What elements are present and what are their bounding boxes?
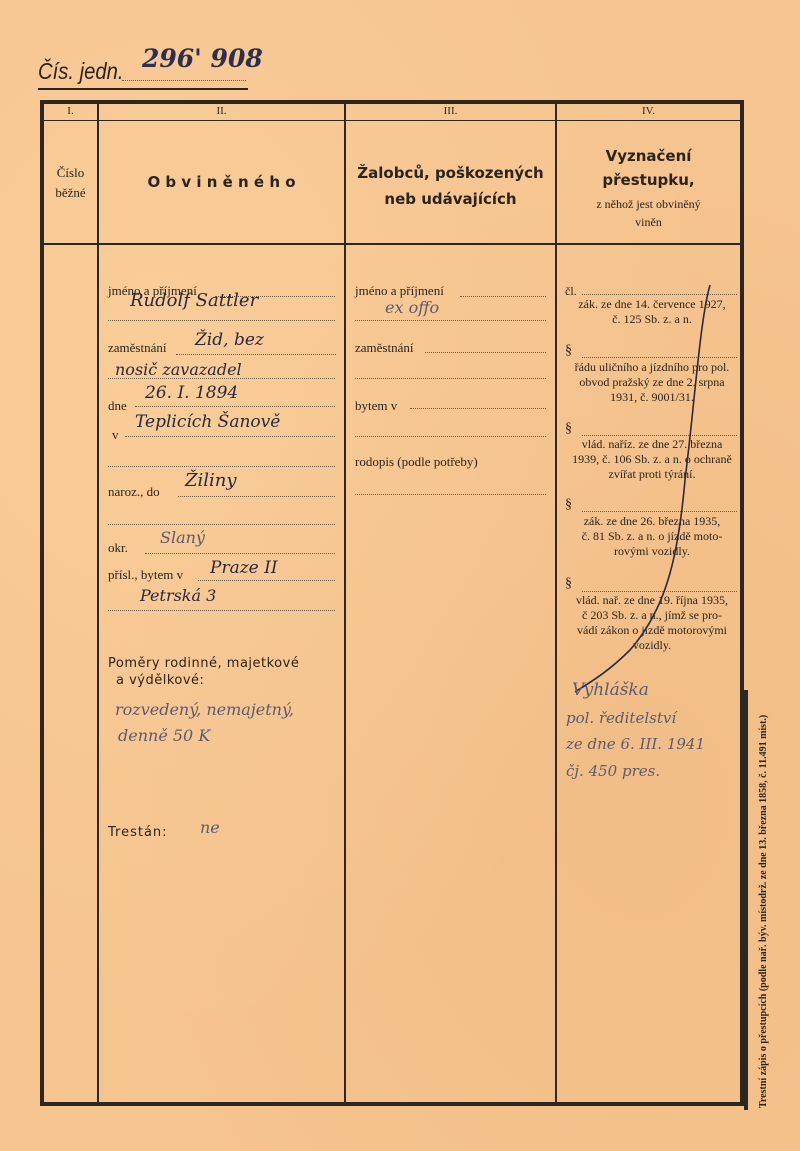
plaintiff-residence-line2 — [355, 436, 546, 437]
case-number-dotted-line — [122, 80, 246, 81]
accused-name-line2 — [108, 320, 335, 321]
column-header-serial-number: Číslo běžné — [44, 163, 97, 203]
accused-district-label: okr. — [108, 540, 128, 556]
plaintiff-occupation-line — [425, 352, 546, 353]
offence-note-line4: čj. 450 pres. — [566, 762, 660, 780]
accused-circumstances-label-2: a výdělkové: — [116, 673, 204, 688]
offence-note-line2: pol. ředitelství — [566, 709, 676, 727]
accused-place-value: Teplicích Šanově — [135, 412, 280, 432]
offence-note-line1: Vyhláška — [572, 680, 649, 700]
offence-title-line1: Vyznačení — [557, 144, 740, 168]
accused-district-line — [145, 553, 335, 554]
plaintiff-name-label: jméno a příjmení — [355, 283, 444, 299]
accused-circumstances-value-2: denně 50 K — [118, 726, 210, 745]
accused-born-value: Žiliny — [185, 470, 237, 491]
accused-born-line2 — [108, 524, 335, 525]
title-underline — [38, 88, 248, 90]
accused-circumstances-value-1: rozvedený, nemajetný, — [115, 700, 294, 719]
accused-date-label: dne — [108, 398, 127, 414]
accused-punished-value: ne — [200, 818, 220, 837]
accused-residence-value-1: Praze II — [210, 558, 278, 578]
roman-row-divider — [44, 120, 740, 121]
accused-born-line — [178, 496, 335, 497]
accused-residence-label: přísl., bytem v — [108, 567, 183, 583]
plaintiff-genealogy-label: rodopis (podle potřeby) — [355, 454, 478, 470]
accused-place-line — [125, 436, 335, 437]
case-number-label: Čís. jedn. — [38, 58, 123, 85]
accused-name-value: Rudolf Sattler — [130, 290, 258, 311]
case-number-value: 296' 908 — [142, 44, 263, 73]
header-row-divider — [44, 243, 740, 245]
plaintiffs-line2: neb udávajících — [346, 186, 555, 212]
offence-subtitle-line1: z něhož jest obviněný — [557, 194, 740, 214]
plaintiff-residence-line — [410, 408, 546, 409]
accused-district-value: Slaný — [160, 528, 205, 547]
form-footer-vertical-text: Trestní zápis o přestupcích (podle nař. … — [758, 715, 769, 1108]
accused-occupation-value-2: nosič zavazadel — [115, 360, 242, 379]
accused-born-label: naroz., do — [108, 484, 160, 500]
offence-title-line2: přestupku, — [557, 168, 740, 192]
column-divider-1 — [97, 104, 99, 1104]
column-number-3: III. — [346, 105, 555, 117]
accused-punished-label: Trestán: — [108, 825, 168, 840]
serial-number-line2: běžné — [44, 183, 97, 203]
column-divider-3 — [555, 104, 557, 1104]
plaintiffs-line1: Žalobců, poškozených — [346, 160, 555, 186]
accused-circumstances-label-1: Poměry rodinné, majetkové — [108, 656, 299, 671]
column-number-1: I. — [44, 105, 97, 117]
offence-note-line3: ze dne 6. III. 1941 — [566, 735, 705, 753]
plaintiff-name-line — [460, 296, 546, 297]
column-header-plaintiffs: Žalobců, poškozených neb udávajících — [346, 160, 555, 212]
plaintiff-genealogy-line — [355, 494, 546, 495]
column-number-2: II. — [99, 105, 344, 117]
plaintiff-residence-label: bytem v — [355, 398, 397, 414]
accused-residence-line2 — [108, 610, 335, 611]
plaintiff-occupation-line2 — [355, 378, 546, 379]
plaintiff-name-line2 — [355, 320, 546, 321]
column-header-accused: O b v i n ě n é h o — [99, 173, 344, 191]
offence-subtitle-line2: viněn — [557, 214, 740, 230]
accused-occupation-label: zaměstnání — [108, 340, 166, 356]
cross-out-stroke-icon — [560, 280, 720, 700]
column-number-4: IV. — [557, 105, 740, 117]
side-edge-bar — [744, 690, 748, 1110]
plaintiff-name-value: ex offo — [385, 298, 439, 317]
column-divider-2 — [344, 104, 346, 1104]
accused-place-label: v — [112, 427, 119, 443]
accused-date-value: 26. I. 1894 — [145, 383, 238, 403]
accused-occupation-value-1: Žid, bez — [195, 330, 264, 350]
accused-occupation-line2 — [108, 378, 335, 379]
column-header-offence: Vyznačení přestupku, z něhož jest obvině… — [557, 144, 740, 230]
serial-number-line1: Číslo — [44, 163, 97, 183]
accused-blank-line — [108, 466, 335, 467]
accused-residence-value-2: Petrská 3 — [140, 586, 216, 605]
accused-date-line — [135, 406, 335, 407]
accused-residence-line — [198, 580, 335, 581]
plaintiff-occupation-label: zaměstnání — [355, 340, 413, 356]
accused-occupation-line — [176, 354, 336, 355]
